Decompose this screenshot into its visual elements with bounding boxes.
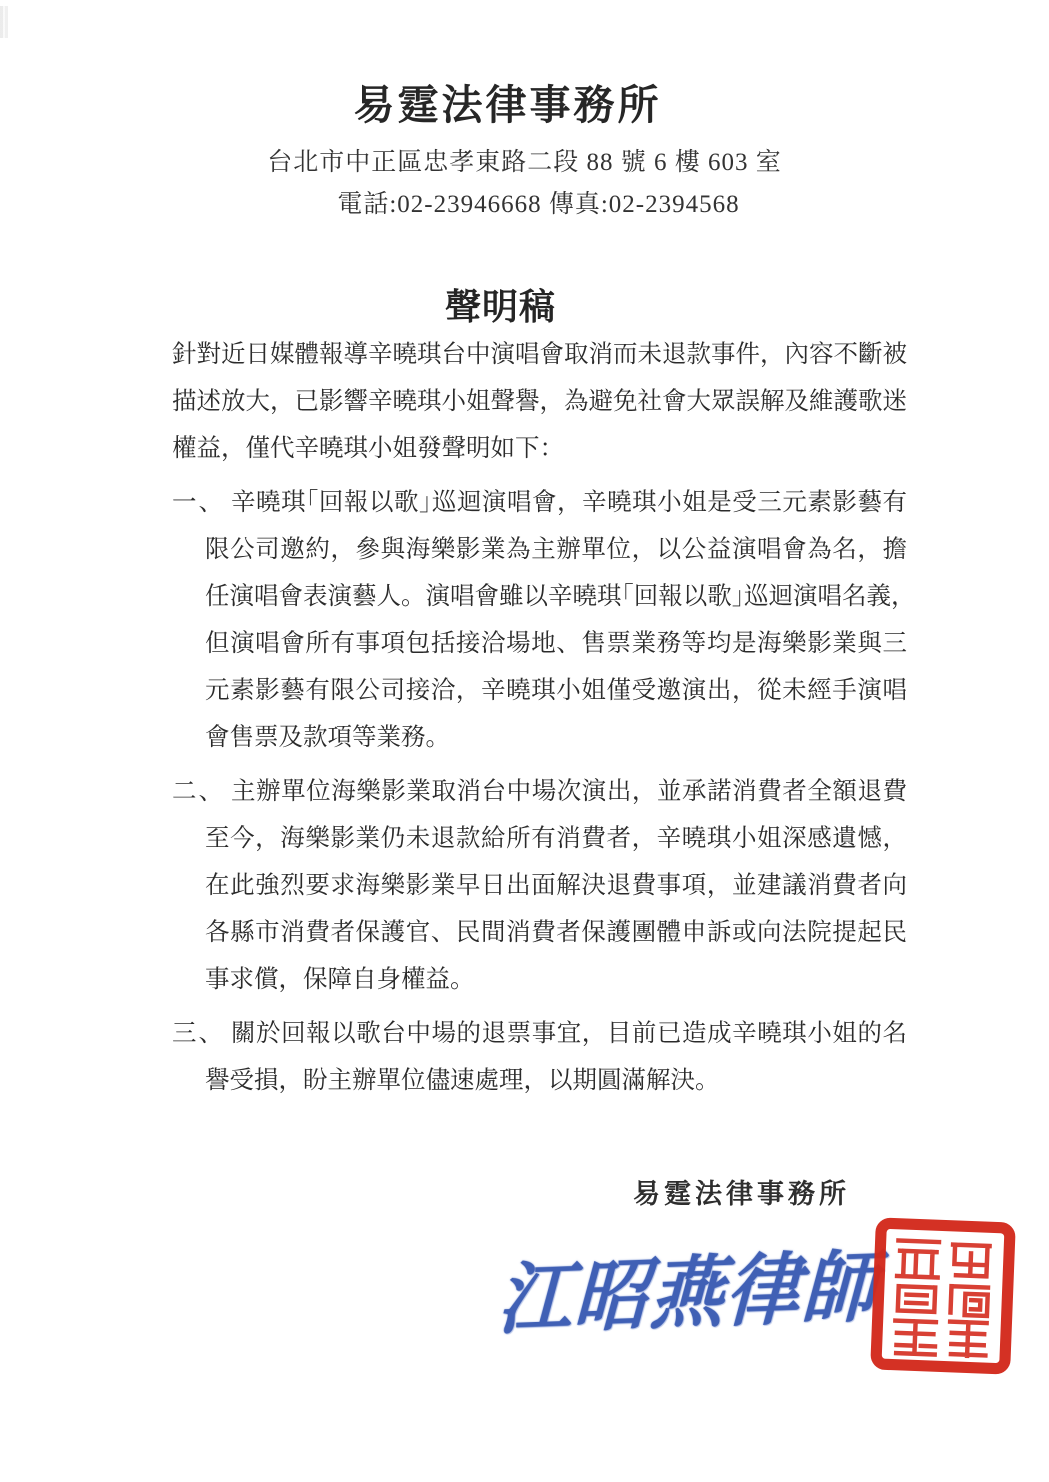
- red-seal-stamp-icon: [869, 1215, 1017, 1376]
- item-1-line-1: 辛曉琪｢回報以歌｣巡迴演唱會，辛曉琪小姐是受三元素影藝有: [205, 479, 907, 526]
- signature-firm-name: 易霆法律事務所: [633, 1172, 850, 1211]
- item-1-marker: 一、: [172, 479, 225, 526]
- intro-line-2: 描述放大，已影響辛曉琪小姐聲譽，為避免社會大眾誤解及維護歌迷: [172, 378, 907, 425]
- intro-line-3: 權益，僅代辛曉琪小姐發聲明如下：: [172, 425, 907, 472]
- item-2-line-1: 主辦單位海樂影業取消台中場次演出，並承諾消費者全額退費: [205, 768, 907, 815]
- item-1-line-2: 限公司邀約，參與海樂影業為主辦單位，以公益演唱會為名，擔: [205, 526, 907, 573]
- scan-artifact: [0, 6, 10, 38]
- statement-item-3: 三、 關於回報以歌台中場的退票事宜，目前已造成辛曉琪小姐的名 譽受損，盼主辦單位…: [172, 1010, 907, 1104]
- firm-address: 台北市中正區忠孝東路二段 88 號 6 樓 603 室: [0, 142, 1049, 178]
- lawyer-handwritten-signature: 江昭燕律師: [496, 1225, 880, 1350]
- item-1-line-3: 任演唱會表演藝人。演唱會雖以辛曉琪｢回報以歌｣巡迴演唱名義，: [205, 573, 907, 620]
- statement-document-page: 易霆法律事務所 台北市中正區忠孝東路二段 88 號 6 樓 603 室 電話:0…: [0, 0, 1049, 1482]
- firm-phone-fax: 電話:02-23946668 傳真:02-2394568: [14, 184, 1049, 220]
- item-3-marker: 三、: [172, 1010, 225, 1057]
- item-2-line-5: 事求償，保障自身權益。: [205, 956, 907, 1003]
- intro-line-1: 針對近日媒體報導辛曉琪台中演唱會取消而未退款事件，內容不斷被: [172, 331, 907, 378]
- letterhead: 易霆法律事務所 台北市中正區忠孝東路二段 88 號 6 樓 603 室 電話:0…: [0, 72, 1049, 220]
- item-1-line-6: 會售票及款項等業務。: [205, 714, 907, 761]
- item-2-line-4: 各縣市消費者保護官、民間消費者保護團體申訴或向法院提起民: [205, 909, 907, 956]
- item-2-marker: 二、: [172, 768, 225, 815]
- item-2-line-2: 至今，海樂影業仍未退款給所有消費者，辛曉琪小姐深感遺憾，: [205, 815, 907, 862]
- statement-item-2: 二、 主辦單位海樂影業取消台中場次演出，並承諾消費者全額退費 至今，海樂影業仍未…: [172, 768, 907, 1003]
- statement-title: 聲明稿: [0, 279, 1025, 330]
- statement-body: 針對近日媒體報導辛曉琪台中演唱會取消而未退款事件，內容不斷被 描述放大，已影響辛…: [172, 331, 907, 1104]
- item-3-line-2: 譽受損，盼主辦單位儘速處理，以期圓滿解決。: [205, 1057, 907, 1104]
- item-1-line-5: 元素影藝有限公司接洽，辛曉琪小姐僅受邀演出，從未經手演唱: [205, 667, 907, 714]
- statement-item-1: 一、 辛曉琪｢回報以歌｣巡迴演唱會，辛曉琪小姐是受三元素影藝有 限公司邀約，參與…: [172, 479, 907, 761]
- item-1-line-4: 但演唱會所有事項包括接洽場地、售票業務等均是海樂影業與三: [205, 620, 907, 667]
- firm-name: 易霆法律事務所: [0, 72, 1032, 131]
- item-3-line-1: 關於回報以歌台中場的退票事宜，目前已造成辛曉琪小姐的名: [205, 1010, 907, 1057]
- item-2-line-3: 在此強烈要求海樂影業早日出面解決退費事項，並建議消費者向: [205, 862, 907, 909]
